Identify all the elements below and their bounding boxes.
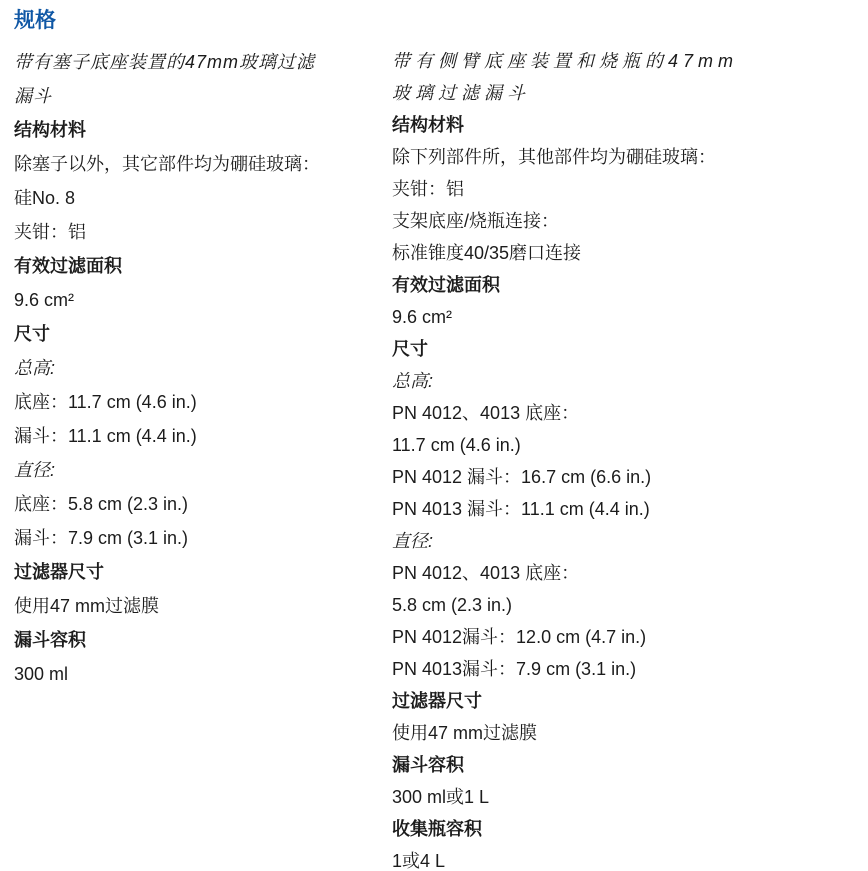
page-title: 规格: [14, 8, 868, 33]
right-column-sidearm-base-funnel: 带有侧臂底座装置和烧瓶的47mm玻璃过滤漏斗结构材料除下列部件所，其他部件均为硼…: [392, 45, 868, 871]
spec-line: PN 4012、4013 底座：: [392, 557, 868, 589]
spec-line: 9.6 cm²: [392, 301, 868, 333]
spec-line: 11.7 cm (4.6 in.): [392, 429, 868, 461]
spec-line: 使用47 mm过滤膜: [392, 717, 868, 749]
spec-line: 9.6 cm²: [14, 283, 392, 317]
spec-line: PN 4013 漏斗：11.1 cm (4.4 in.): [392, 493, 868, 525]
spec-line: 过滤器尺寸: [14, 555, 392, 589]
spec-line: PN 4013漏斗：7.9 cm (3.1 in.): [392, 653, 868, 685]
spec-line: 夹钳：铝: [14, 215, 392, 249]
spec-line: 总高:: [392, 365, 868, 397]
spec-line: 底座：5.8 cm (2.3 in.): [14, 487, 392, 521]
spec-line: 带有塞子底座装置的47mm玻璃过滤: [14, 45, 392, 79]
spec-line: 有效过滤面积: [14, 249, 392, 283]
spec-line: 漏斗：11.1 cm (4.4 in.): [14, 419, 392, 453]
spec-line: 总高:: [14, 351, 392, 385]
spec-line: 标准锥度40/35磨口连接: [392, 237, 868, 269]
spec-line: 有效过滤面积: [392, 269, 868, 301]
spec-line: 过滤器尺寸: [392, 685, 868, 717]
spec-line: 底座：11.7 cm (4.6 in.): [14, 385, 392, 419]
spec-line: 直径:: [392, 525, 868, 557]
spec-line: 收集瓶容积: [392, 813, 868, 845]
spec-line: PN 4012漏斗：12.0 cm (4.7 in.): [392, 621, 868, 653]
spec-columns: 带有塞子底座装置的47mm玻璃过滤漏斗结构材料除塞子以外，其它部件均为硼硅玻璃：…: [14, 45, 868, 871]
spec-line: 漏斗: [14, 79, 392, 113]
spec-line: 带有侧臂底座装置和烧瓶的47mm: [392, 45, 868, 77]
spec-line: 结构材料: [392, 109, 868, 141]
left-column-stopper-base-funnel: 带有塞子底座装置的47mm玻璃过滤漏斗结构材料除塞子以外，其它部件均为硼硅玻璃：…: [14, 45, 392, 691]
spec-line: 硅No. 8: [14, 181, 392, 215]
spec-line: 尺寸: [14, 317, 392, 351]
spec-line: PN 4012、4013 底座：: [392, 397, 868, 429]
spec-line: 除下列部件所，其他部件均为硼硅玻璃：: [392, 141, 868, 173]
spec-line: 直径:: [14, 453, 392, 487]
spec-line: 使用47 mm过滤膜: [14, 589, 392, 623]
spec-line: 1或4 L: [392, 845, 868, 871]
spec-line: 漏斗：7.9 cm (3.1 in.): [14, 521, 392, 555]
spec-line: 漏斗容积: [14, 623, 392, 657]
spec-line: 尺寸: [392, 333, 868, 365]
spec-line: 支架底座/烧瓶连接：: [392, 205, 868, 237]
spec-line: 300 ml或1 L: [392, 781, 868, 813]
spec-line: 夹钳：铝: [392, 173, 868, 205]
specifications-page: 规格 带有塞子底座装置的47mm玻璃过滤漏斗结构材料除塞子以外，其它部件均为硼硅…: [0, 0, 868, 871]
spec-line: 玻璃过滤漏斗: [392, 77, 868, 109]
spec-line: 5.8 cm (2.3 in.): [392, 589, 868, 621]
spec-line: 300 ml: [14, 657, 392, 691]
spec-line: 除塞子以外，其它部件均为硼硅玻璃：: [14, 147, 392, 181]
spec-line: 结构材料: [14, 113, 392, 147]
spec-line: PN 4012 漏斗：16.7 cm (6.6 in.): [392, 461, 868, 493]
spec-line: 漏斗容积: [392, 749, 868, 781]
